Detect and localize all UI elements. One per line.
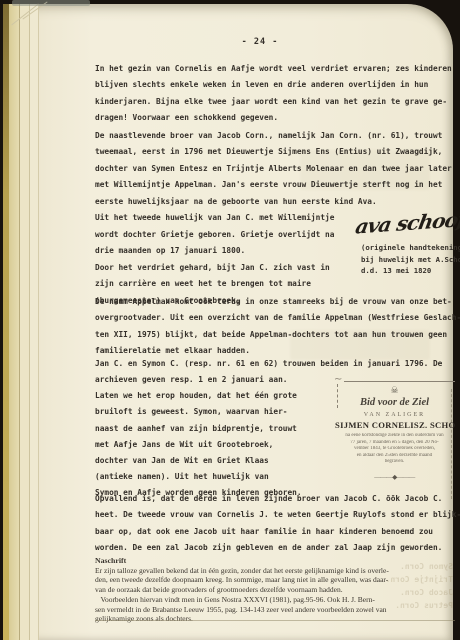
clipping-subheader: VAN ZALIGER bbox=[334, 412, 455, 418]
body-paragraph-3: De naam Appelman komt ook terug in onze … bbox=[95, 294, 460, 360]
text-line: De naam Appelman komt ook terug in onze … bbox=[95, 294, 460, 310]
text-line: blijven slechts enkele weken in leven en… bbox=[95, 77, 452, 93]
text-line: heet. De tweede vrouw van Cornelis J. te… bbox=[95, 507, 460, 523]
text-line: dragen! Voorwaar een schokkend gegeven. bbox=[95, 110, 452, 126]
cut-mark: ∼ bbox=[334, 377, 342, 385]
clipping-body-text: na eene kortstondige ziekte in den ouder… bbox=[336, 433, 453, 466]
text-line: Trijntje Corn. bbox=[348, 573, 453, 586]
text-line: worden. De een zal Jacob zijn gebleven e… bbox=[95, 540, 460, 556]
page-stack-edge bbox=[20, 4, 30, 640]
scanned-book-photo: { "page_number": "- 24 -", "body": { "pa… bbox=[0, 0, 460, 640]
page-stack-edge bbox=[9, 4, 20, 640]
body-paragraph-1: In het gezin van Cornelis en Aafje wordt… bbox=[95, 61, 452, 127]
text-line: Jacob Corn. bbox=[348, 586, 453, 599]
text-line: In het gezin van Cornelis en Aafje wordt… bbox=[95, 61, 452, 77]
clipping-script-header: Bid voor de Ziel bbox=[334, 397, 455, 408]
clipping-deceased-name: SIJMEN CORNELISZ. SCHOOF, bbox=[335, 420, 455, 430]
text-line: 77 jaren, 7 maanden en 5 dagen, den 20 N… bbox=[336, 440, 453, 447]
page-number: - 24 - bbox=[225, 37, 295, 47]
clipping-divider-ornament: ———◆——— bbox=[334, 473, 455, 481]
text-line: met Willemijntje Appelman. Jan's eerste … bbox=[95, 177, 452, 193]
text-line: (originele handtekening bbox=[361, 242, 460, 254]
text-line: tweemaal, eerst in 1796 met Dieuwertje S… bbox=[95, 144, 452, 160]
text-line: De naastlevende broer van Jacob Corn., n… bbox=[95, 128, 452, 144]
text-line: vember 1843, te Grootebroek overleden, bbox=[336, 446, 453, 453]
text-line: d.d. 13 mei 1820 bbox=[361, 265, 460, 277]
text-line: overgrootvader. Uit een overzicht van de… bbox=[95, 310, 460, 326]
text-line: zijn carrière en weet het te brengen tot… bbox=[95, 276, 452, 292]
bidprentje-clipping: ∼ ☠ Bid voor de Ziel VAN ZALIGER SIJMEN … bbox=[334, 377, 455, 509]
text-line: na eene kortstondige ziekte in den ouder… bbox=[336, 433, 453, 440]
text-line: ten XII, 1975) blijkt, dat beide Appelma… bbox=[95, 327, 460, 343]
text-line: en aldaar den 25sten derzelfde maand bbox=[336, 453, 453, 460]
text-line: dochter van Symen Entesz en Trijntje Alb… bbox=[95, 161, 452, 177]
text-line: Symon Corn. bbox=[348, 560, 453, 573]
text-line: Petrus Corn. bbox=[348, 599, 453, 612]
skull-crossbones-icon: ☠ bbox=[334, 386, 455, 396]
text-line: eerste huwelijksjaar na de geboorte van … bbox=[95, 194, 452, 210]
text-line: bij huwelijk met A.Schoof bbox=[361, 254, 460, 266]
signature-caption: (originele handtekeningbij huwelijk met … bbox=[361, 242, 460, 277]
footnote-rule bbox=[95, 620, 455, 621]
text-line: Jan C. en Symon C. (resp. nr. 61 en 62) … bbox=[95, 356, 442, 372]
clipping-top-rule bbox=[344, 381, 455, 382]
bleedthrough-text: Symon Corn.Trijntje Corn.Jacob Corn.Petr… bbox=[348, 560, 453, 612]
scan-smudge bbox=[12, 0, 90, 6]
page-stack-edge bbox=[30, 4, 39, 640]
text-line: begraven. bbox=[336, 459, 453, 466]
text-line: baar op, dat ook ene Jacob uit haar fami… bbox=[95, 524, 460, 540]
text-line: kinderjaren. Bijna elke twee jaar wordt … bbox=[95, 94, 452, 110]
